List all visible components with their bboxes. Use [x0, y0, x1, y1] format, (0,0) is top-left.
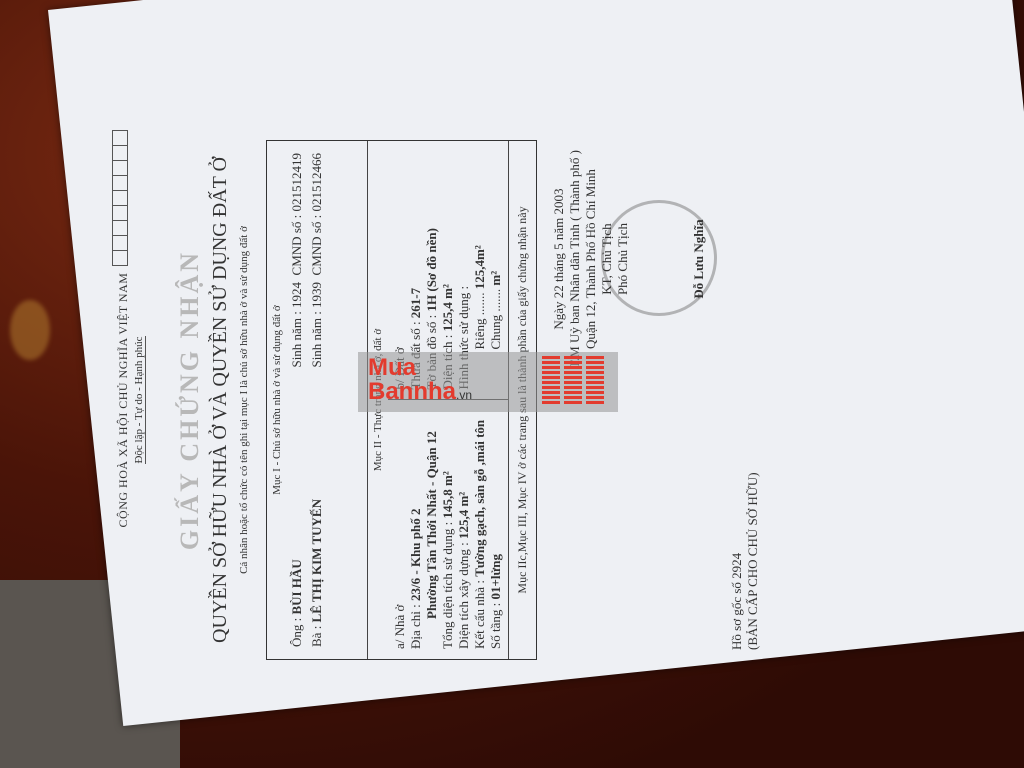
certificate-subtitle: QUYỀN SỞ HỮU NHÀ Ở VÀ QUYỀN SỬ DỤNG ĐẤT …: [209, 100, 232, 700]
building-logo-icon: [542, 356, 604, 404]
house-info: a/ Nhà ở Địa chỉ : 23/6 - Khu phố 2 Phườ…: [388, 400, 508, 660]
certificate-title: GIẤY CHỨNG NHẬN: [175, 100, 205, 700]
motto: Độc lập - Tự do - Hạnh phúc: [133, 336, 146, 463]
copy-note: (BẢN CẤP CHO CHỦ SỞ HỮU): [745, 472, 761, 650]
intro-note: Cá nhân hoặc tổ chức có tên ghi tại mục …: [238, 100, 250, 700]
owner-name: LÊ THỊ KIM TUYẾN: [309, 499, 325, 622]
serial-boxes: [112, 130, 128, 265]
owner-row: Bà : LÊ THỊ KIM TUYẾN Sinh năm : 1939 CM…: [307, 141, 327, 659]
owner-row: Ông : BÙI HẦU Sinh năm : 1924 CMND số : …: [287, 141, 307, 659]
owner-name: BÙI HẦU: [289, 559, 305, 614]
section-owners: Mục I - Chủ sở hữu nhà ở và sử dụng đất …: [267, 141, 368, 659]
signer-name: Đỗ Lưu Nghĩa: [691, 150, 707, 368]
watermark: MuaBannha.vn: [358, 352, 618, 412]
section1-heading: Mục I - Chủ sở hữu nhà ở và sử dụng đất …: [267, 141, 287, 659]
issue-date: Ngày 22 tháng 5 năm 2003: [551, 150, 567, 368]
file-number: Hồ sơ gốc số 2924: [729, 472, 745, 650]
